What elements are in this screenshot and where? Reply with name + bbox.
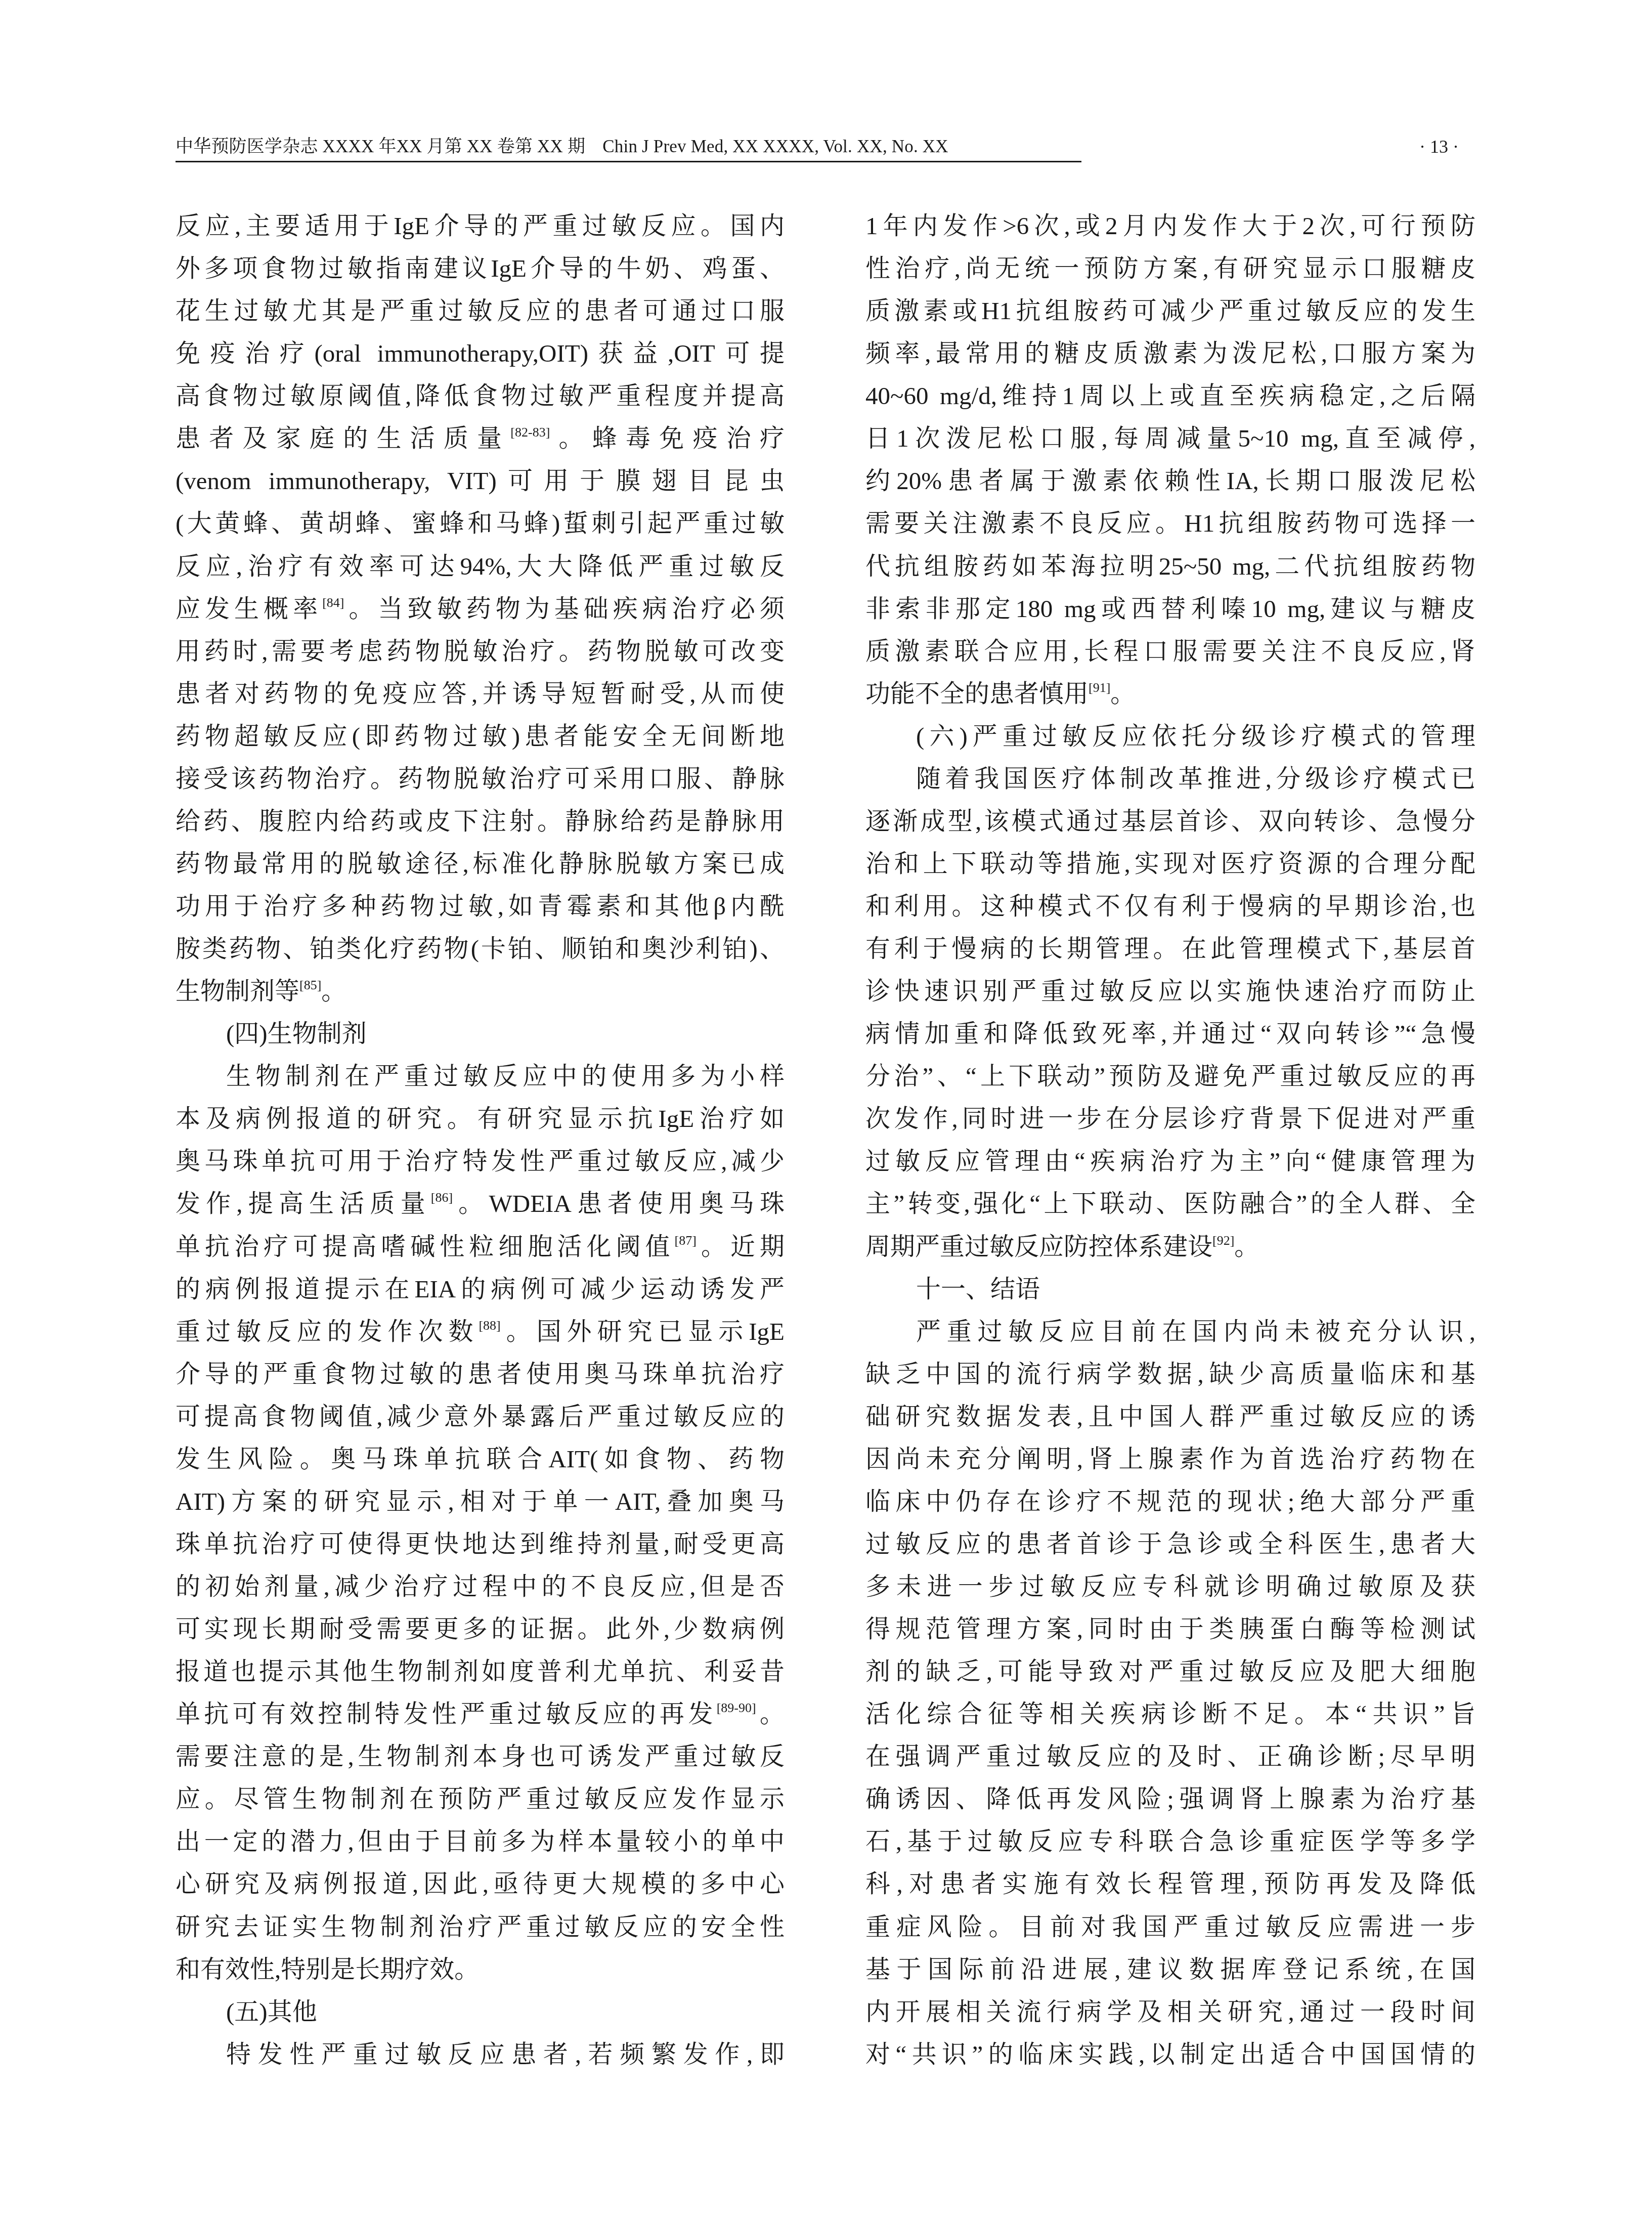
body-text-line: 功用于治疗多种药物过敏,如青霉素和其他β内酰 <box>176 885 785 928</box>
section-heading: (四)生物制剂 <box>176 1013 785 1055</box>
line-text: 代抗组胺药如苯海拉明25~50 mg,二代抗组胺药物 <box>865 552 1475 580</box>
body-text-line: 非索非那定180 mg或西替利嗪10 mg,建议与糖皮 <box>865 588 1475 630</box>
body-text-line: 珠单抗治疗可使得更快地达到维持剂量,耐受更高 <box>176 1523 785 1565</box>
body-text-line: 在强调严重过敏反应的及时、正确诊断;尽早明 <box>865 1735 1475 1778</box>
right-column: 1年内发作>6次,或2月内发作大于2次,可行预防性治疗,尚无统一预防方案,有研究… <box>865 205 1475 2076</box>
body-text-line: 基于国际前沿进展,建议数据库登记系统,在国 <box>865 1948 1475 1991</box>
body-text-line: 药物最常用的脱敏途径,标准化静脉脱敏方案已成 <box>176 843 785 885</box>
line-text: 奥马珠单抗可用于治疗特发性严重过敏反应,减少 <box>176 1147 785 1175</box>
body-text-line: 确诱因、降低再发风险;强调肾上腺素为治疗基 <box>865 1778 1475 1820</box>
body-text-line: 功能不全的患者慎用[91]。 <box>865 673 1475 715</box>
body-text-line: 应。尽管生物制剂在预防严重过敏反应发作显示 <box>176 1778 785 1820</box>
line-text: 反应,主要适用于IgE介导的严重过敏反应。国内 <box>176 212 785 240</box>
line-text: 质激素或H1抗组胺药可减少严重过敏反应的发生 <box>865 297 1475 325</box>
body-text-line: 介导的严重食物过敏的患者使用奥马珠单抗治疗 <box>176 1353 785 1395</box>
line-text: 可提高食物阈值,减少意外暴露后严重过敏反应的 <box>176 1403 785 1430</box>
line-text: 石,基于过敏反应专科联合急诊重症医学等多学 <box>865 1827 1475 1855</box>
citation-ref: [86] <box>431 1190 453 1205</box>
body-text-line: 病情加重和降低致死率,并通过“双向转诊”“急慢 <box>865 1013 1475 1055</box>
line-text: 病情加重和降低致死率,并通过“双向转诊”“急慢 <box>865 1020 1475 1048</box>
body-text-line: 免疫治疗(oral immunotherapy,OIT)获益,OIT可提 <box>176 332 785 375</box>
line-text: 次发作,同时进一步在分层诊疗背景下促进对严重 <box>865 1105 1475 1132</box>
body-text-line: 逐渐成型,该模式通过基层首诊、双向转诊、急慢分 <box>865 800 1475 843</box>
body-text-line: (venom immunotherapy, VIT)可用于膜翅目昆虫 <box>176 460 785 502</box>
line-text: 分治”、“上下联动”预防及避免严重过敏反应的再 <box>865 1062 1475 1090</box>
line-text: 用药时,需要考虑药物脱敏治疗。药物脱敏可改变 <box>176 637 785 665</box>
body-text-line: 研究去证实生物制剂治疗严重过敏反应的安全性 <box>176 1906 785 1948</box>
body-text-line: 活化综合征等相关疾病诊断不足。本“共识”旨 <box>865 1693 1475 1735</box>
line-text: 逐渐成型,该模式通过基层首诊、双向转诊、急慢分 <box>865 807 1475 835</box>
body-text-line: 高食物过敏原阈值,降低食物过敏严重程度并提高 <box>176 375 785 417</box>
line-text: (六)严重过敏反应依托分级诊疗模式的管理 <box>916 722 1475 750</box>
citation-ref: [89-90] <box>717 1700 756 1715</box>
body-text-line: 反应,治疗有效率可达94%,大大降低严重过敏反 <box>176 545 785 588</box>
line-text: (大黄蜂、黄胡蜂、蜜蜂和马蜂)蜇刺引起严重过敏 <box>176 509 785 537</box>
line-text: 药物超敏反应(即药物过敏)患者能安全无间断地 <box>176 722 785 750</box>
line-text: 1年内发作>6次,或2月内发作大于2次,可行预防 <box>865 212 1475 240</box>
body-text-line: 随着我国医疗体制改革推进,分级诊疗模式已 <box>865 758 1475 800</box>
body-text-line: (六)严重过敏反应依托分级诊疗模式的管理 <box>865 715 1475 758</box>
line-text: 础研究数据发表,且中国人群严重过敏反应的诱 <box>865 1403 1475 1430</box>
line-text: 功用于治疗多种药物过敏,如青霉素和其他β内酰 <box>176 892 785 920</box>
line-text: 生物制剂在严重过敏反应中的使用多为小样 <box>226 1062 785 1090</box>
citation-ref: [87] <box>675 1233 697 1248</box>
line-text: 生物制剂等 <box>176 977 299 1005</box>
line-text: 需要关注激素不良反应。H1抗组胺药物可选择一 <box>865 509 1475 537</box>
citation-ref: [88] <box>479 1318 500 1333</box>
body-text-line: 有利于慢病的长期管理。在此管理模式下,基层首 <box>865 928 1475 970</box>
line-text: 珠单抗治疗可使得更快地达到维持剂量,耐受更高 <box>176 1530 785 1558</box>
body-text-line: 本及病例报道的研究。有研究显示抗IgE治疗如 <box>176 1098 785 1140</box>
line-text: 缺乏中国的流行病学数据,缺少高质量临床和基 <box>865 1360 1475 1388</box>
line-text: 免疫治疗(oral immunotherapy,OIT)获益,OIT可提 <box>176 339 785 367</box>
running-header: 中华预防医学杂志 XXXX 年XX 月第 XX 卷第 XX 期Chin J Pr… <box>176 136 1081 162</box>
body-text-line: 反应,主要适用于IgE介导的严重过敏反应。国内 <box>176 205 785 247</box>
body-text-line: 和有效性,特别是长期疗效。 <box>176 1948 785 1991</box>
line-text: AIT)方案的研究显示,相对于单一AIT,叠加奥马 <box>176 1488 785 1515</box>
body-text-line: 发作,提高生活质量[86]。WDEIA患者使用奥马珠 <box>176 1183 785 1225</box>
line-text: 基于国际前沿进展,建议数据库登记系统,在国 <box>865 1955 1475 1983</box>
body-text-line: 接受该药物治疗。药物脱敏治疗可采用口服、静脉 <box>176 758 785 800</box>
body-text-line: 40~60 mg/d,维持1周以上或直至疾病稳定,之后隔 <box>865 375 1475 417</box>
line-text-after-ref: 。近期 <box>697 1233 785 1260</box>
line-text: 研究去证实生物制剂治疗严重过敏反应的安全性 <box>176 1913 785 1941</box>
line-text: 胺类药物、铂类化疗药物(卡铂、顺铂和奥沙利铂)、 <box>176 935 785 963</box>
line-text: 多未进一步过敏反应专科就诊明确过敏原及获 <box>865 1573 1475 1600</box>
body-text-line: 代抗组胺药如苯海拉明25~50 mg,二代抗组胺药物 <box>865 545 1475 588</box>
line-text: 诊快速识别严重过敏反应以实施快速治疗而防止 <box>865 977 1475 1005</box>
line-text: 严重过敏反应目前在国内尚未被充分认识, <box>916 1318 1475 1345</box>
line-text: 重症风险。目前对我国严重过敏反应需进一步 <box>865 1913 1475 1941</box>
line-text: 随着我国医疗体制改革推进,分级诊疗模式已 <box>916 765 1475 793</box>
line-text: 内开展相关流行病学及相关研究,通过一段时间 <box>865 1998 1475 2026</box>
line-text: 十一、结语 <box>916 1275 1040 1303</box>
line-text: (四)生物制剂 <box>226 1020 367 1048</box>
citation-ref: [84] <box>322 595 344 610</box>
line-text-after-ref: 。 <box>321 977 346 1005</box>
body-text-line: 分治”、“上下联动”预防及避免严重过敏反应的再 <box>865 1055 1475 1098</box>
line-text: 和有效性,特别是长期疗效。 <box>176 1955 479 1983</box>
body-text-line: 剂的缺乏,可能导致对严重过敏反应及肥大细胞 <box>865 1650 1475 1693</box>
body-text-line: 发生风险。奥马珠单抗联合AIT(如食物、药物 <box>176 1438 785 1480</box>
line-text: 非索非那定180 mg或西替利嗪10 mg,建议与糖皮 <box>865 595 1475 623</box>
line-text: 单抗治疗可提高嗜碱性粒细胞活化阈值 <box>176 1233 675 1260</box>
page-number: · 13 · <box>1401 136 1477 158</box>
line-text: 可实现长期耐受需要更多的证据。此外,少数病例 <box>176 1615 785 1643</box>
line-text-after-ref: 。国外研究已显示IgE <box>501 1318 785 1345</box>
body-text-line: 的初始剂量,减少治疗过程中的不良反应,但是否 <box>176 1565 785 1608</box>
body-text-line: 给药、腹腔内给药或皮下注射。静脉给药是静脉用 <box>176 800 785 843</box>
body-text-line: 诊快速识别严重过敏反应以实施快速治疗而防止 <box>865 970 1475 1013</box>
line-text: 和利用。这种模式不仅有利于慢病的早期诊治,也 <box>865 892 1475 920</box>
body-text-line: 石,基于过敏反应专科联合急诊重症医学等多学 <box>865 1820 1475 1863</box>
line-text: 功能不全的患者慎用 <box>865 680 1089 708</box>
line-text: 临床中仍存在诊疗不规范的现状;绝大部分严重 <box>865 1488 1475 1515</box>
body-text-line: 严重过敏反应目前在国内尚未被充分认识, <box>865 1311 1475 1353</box>
body-text-line: 础研究数据发表,且中国人群严重过敏反应的诱 <box>865 1395 1475 1438</box>
body-text-line: 对“共识”的临床实践,以制定出适合中国国情的 <box>865 2033 1475 2076</box>
body-text-line: 周期严重过敏反应防控体系建设[92]。 <box>865 1226 1475 1268</box>
body-text-line: 日1次泼尼松口服,每周减量5~10 mg,直至减停, <box>865 417 1475 460</box>
body-text-line: 单抗可有效控制特发性严重过敏反应的再发[89-90]。 <box>176 1693 785 1735</box>
citation-ref: [91] <box>1089 680 1110 695</box>
body-text-line: 可实现长期耐受需要更多的证据。此外,少数病例 <box>176 1608 785 1650</box>
body-text-line: 单抗治疗可提高嗜碱性粒细胞活化阈值[87]。近期 <box>176 1226 785 1268</box>
line-text: 需要注意的是,生物制剂本身也可诱发严重过敏反 <box>176 1742 785 1770</box>
line-text: 报道也提示其他生物制剂如度普利尤单抗、利妥昔 <box>176 1657 785 1685</box>
body-text-line: 过敏反应的患者首诊于急诊或全科医生,患者大 <box>865 1523 1475 1565</box>
body-text-line: 得规范管理方案,同时由于类胰蛋白酶等检测试 <box>865 1608 1475 1650</box>
line-text: 给药、腹腔内给药或皮下注射。静脉给药是静脉用 <box>176 807 785 835</box>
citation-ref: [92] <box>1212 1233 1234 1248</box>
line-text: 高食物过敏原阈值,降低食物过敏严重程度并提高 <box>176 382 785 410</box>
body-text-line: 生物制剂等[85]。 <box>176 970 785 1013</box>
line-text: 因尚未充分阐明,肾上腺素作为首选治疗药物在 <box>865 1445 1475 1473</box>
body-text-line: 治和上下联动等措施,实现对医疗资源的合理分配 <box>865 843 1475 885</box>
citation-ref: [82-83] <box>510 425 550 440</box>
body-text-line: 出一定的潜力,但由于目前多为样本量较小的单中 <box>176 1820 785 1863</box>
line-text-after-ref: 。当致敏药物为基础疾病治疗必须 <box>344 595 785 623</box>
body-text-line: 缺乏中国的流行病学数据,缺少高质量临床和基 <box>865 1353 1475 1395</box>
line-text: 本及病例报道的研究。有研究显示抗IgE治疗如 <box>176 1105 785 1132</box>
line-text: 约20%患者属于激素依赖性IA,长期口服泼尼松 <box>865 467 1475 495</box>
line-text-after-ref: 。 <box>1234 1233 1259 1260</box>
body-text-line: 花生过敏尤其是严重过敏反应的患者可通过口服 <box>176 290 785 332</box>
line-text: 过敏反应的患者首诊于急诊或全科医生,患者大 <box>865 1530 1475 1558</box>
line-text: 应。尽管生物制剂在预防严重过敏反应发作显示 <box>176 1785 785 1813</box>
body-text-line: 内开展相关流行病学及相关研究,通过一段时间 <box>865 1991 1475 2033</box>
line-text: 周期严重过敏反应防控体系建设 <box>865 1233 1212 1260</box>
body-text-line: 临床中仍存在诊疗不规范的现状;绝大部分严重 <box>865 1480 1475 1523</box>
left-column: 反应,主要适用于IgE介导的严重过敏反应。国内外多项食物过敏指南建议IgE介导的… <box>176 205 785 2076</box>
line-text-after-ref: 。蜂毒免疫治疗 <box>550 424 785 452</box>
body-text-line: 生物制剂在严重过敏反应中的使用多为小样 <box>176 1055 785 1098</box>
line-text: 特发性严重过敏反应患者,若频繁发作,即 <box>226 2040 785 2068</box>
line-text: 日1次泼尼松口服,每周减量5~10 mg,直至减停, <box>865 424 1475 452</box>
body-text-line: 的病例报道提示在EIA的病例可减少运动诱发严 <box>176 1268 785 1311</box>
line-text: (五)其他 <box>226 1998 317 2026</box>
line-text: 出一定的潜力,但由于目前多为样本量较小的单中 <box>176 1827 785 1855</box>
line-text: 性治疗,尚无统一预防方案,有研究显示口服糖皮 <box>865 254 1475 282</box>
line-text: 重过敏反应的发作次数 <box>176 1318 479 1345</box>
line-text: 40~60 mg/d,维持1周以上或直至疾病稳定,之后隔 <box>865 382 1475 410</box>
body-text-line: 患者及家庭的生活质量[82-83]。蜂毒免疫治疗 <box>176 417 785 460</box>
line-text: 活化综合征等相关疾病诊断不足。本“共识”旨 <box>865 1700 1475 1728</box>
body-text-line: 性治疗,尚无统一预防方案,有研究显示口服糖皮 <box>865 247 1475 290</box>
journal-title-en: Chin J Prev Med, XX XXXX, Vol. XX, No. X… <box>602 137 948 156</box>
body-text-line: 需要关注激素不良反应。H1抗组胺药物可选择一 <box>865 502 1475 545</box>
body-text-line: 频率,最常用的糖皮质激素为泼尼松,口服方案为 <box>865 332 1475 375</box>
line-text: 发作,提高生活质量 <box>176 1190 431 1217</box>
line-text: 应发生概率 <box>176 595 322 623</box>
body-text-line: 约20%患者属于激素依赖性IA,长期口服泼尼松 <box>865 460 1475 502</box>
section-heading: (五)其他 <box>176 1991 785 2033</box>
section-heading: 十一、结语 <box>865 1268 1475 1311</box>
line-text: 药物最常用的脱敏途径,标准化静脉脱敏方案已成 <box>176 850 785 878</box>
body-text-line: 可提高食物阈值,减少意外暴露后严重过敏反应的 <box>176 1395 785 1438</box>
body-text-line: 需要注意的是,生物制剂本身也可诱发严重过敏反 <box>176 1735 785 1778</box>
line-text: 质激素联合应用,长程口服需要关注不良反应,肾 <box>865 637 1475 665</box>
body-text-line: AIT)方案的研究显示,相对于单一AIT,叠加奥马 <box>176 1480 785 1523</box>
line-text: 患者对药物的免疫应答,并诱导短暂耐受,从而使 <box>176 680 785 708</box>
line-text: 接受该药物治疗。药物脱敏治疗可采用口服、静脉 <box>176 765 785 793</box>
line-text: 花生过敏尤其是严重过敏反应的患者可通过口服 <box>176 297 785 325</box>
body-text-line: 报道也提示其他生物制剂如度普利尤单抗、利妥昔 <box>176 1650 785 1693</box>
line-text: 剂的缺乏,可能导致对严重过敏反应及肥大细胞 <box>865 1657 1475 1685</box>
line-text: 得规范管理方案,同时由于类胰蛋白酶等检测试 <box>865 1615 1475 1643</box>
line-text: 患者及家庭的生活质量 <box>176 424 510 452</box>
body-text-line: 次发作,同时进一步在分层诊疗背景下促进对严重 <box>865 1098 1475 1140</box>
line-text: 心研究及病例报道,因此,亟待更大规模的多中心 <box>176 1870 785 1898</box>
line-text: 频率,最常用的糖皮质激素为泼尼松,口服方案为 <box>865 339 1475 367</box>
body-text-line: 重过敏反应的发作次数[88]。国外研究已显示IgE <box>176 1311 785 1353</box>
line-text-after-ref: 。 <box>756 1700 785 1728</box>
body-text-line: 应发生概率[84]。当致敏药物为基础疾病治疗必须 <box>176 588 785 630</box>
line-text: 发生风险。奥马珠单抗联合AIT(如食物、药物 <box>176 1445 785 1473</box>
line-text: (venom immunotherapy, VIT)可用于膜翅目昆虫 <box>176 467 785 495</box>
line-text: 的初始剂量,减少治疗过程中的不良反应,但是否 <box>176 1573 785 1600</box>
body-text-line: 1年内发作>6次,或2月内发作大于2次,可行预防 <box>865 205 1475 247</box>
line-text: 主”转变,强化“上下联动、医防融合”的全人群、全 <box>865 1190 1475 1217</box>
body-text-line: 和利用。这种模式不仅有利于慢病的早期诊治,也 <box>865 885 1475 928</box>
line-text: 的病例报道提示在EIA的病例可减少运动诱发严 <box>176 1275 785 1303</box>
body-text-line: 外多项食物过敏指南建议IgE介导的牛奶、鸡蛋、 <box>176 247 785 290</box>
body-text-line: 因尚未充分阐明,肾上腺素作为首选治疗药物在 <box>865 1438 1475 1480</box>
line-text: 对“共识”的临床实践,以制定出适合中国国情的 <box>865 2040 1475 2068</box>
body-text-line: 重症风险。目前对我国严重过敏反应需进一步 <box>865 1906 1475 1948</box>
body-text-line: 患者对药物的免疫应答,并诱导短暂耐受,从而使 <box>176 673 785 715</box>
line-text-after-ref: 。 <box>1110 680 1135 708</box>
line-text: 外多项食物过敏指南建议IgE介导的牛奶、鸡蛋、 <box>176 254 785 282</box>
body-text-line: 胺类药物、铂类化疗药物(卡铂、顺铂和奥沙利铂)、 <box>176 928 785 970</box>
line-text: 有利于慢病的长期管理。在此管理模式下,基层首 <box>865 935 1475 963</box>
line-text: 过敏反应管理由“疾病治疗为主”向“健康管理为 <box>865 1147 1475 1175</box>
body-text-line: 特发性严重过敏反应患者,若频繁发作,即 <box>176 2033 785 2076</box>
line-text: 反应,治疗有效率可达94%,大大降低严重过敏反 <box>176 552 785 580</box>
body-text-line: (大黄蜂、黄胡蜂、蜜蜂和马蜂)蜇刺引起严重过敏 <box>176 502 785 545</box>
body-text-line: 用药时,需要考虑药物脱敏治疗。药物脱敏可改变 <box>176 630 785 673</box>
line-text-after-ref: 。WDEIA患者使用奥马珠 <box>453 1190 785 1217</box>
citation-ref: [85] <box>299 978 321 992</box>
body-text-line: 质激素联合应用,长程口服需要关注不良反应,肾 <box>865 630 1475 673</box>
body-text-line: 药物超敏反应(即药物过敏)患者能安全无间断地 <box>176 715 785 758</box>
body-text-line: 奥马珠单抗可用于治疗特发性严重过敏反应,减少 <box>176 1140 785 1183</box>
journal-title-cn: 中华预防医学杂志 XXXX 年XX 月第 XX 卷第 XX 期 <box>176 137 585 156</box>
body-text-line: 科,对患者实施有效长程管理,预防再发及降低 <box>865 1863 1475 1905</box>
body-text-line: 质激素或H1抗组胺药可减少严重过敏反应的发生 <box>865 290 1475 332</box>
line-text: 在强调严重过敏反应的及时、正确诊断;尽早明 <box>865 1742 1475 1770</box>
body-text-line: 主”转变,强化“上下联动、医防融合”的全人群、全 <box>865 1183 1475 1225</box>
line-text: 确诱因、降低再发风险;强调肾上腺素为治疗基 <box>865 1785 1475 1813</box>
line-text: 介导的严重食物过敏的患者使用奥马珠单抗治疗 <box>176 1360 785 1388</box>
line-text: 治和上下联动等措施,实现对医疗资源的合理分配 <box>865 850 1475 878</box>
body-text-line: 心研究及病例报道,因此,亟待更大规模的多中心 <box>176 1863 785 1905</box>
body-text-line: 多未进一步过敏反应专科就诊明确过敏原及获 <box>865 1565 1475 1608</box>
line-text: 单抗可有效控制特发性严重过敏反应的再发 <box>176 1700 717 1728</box>
body-text-line: 过敏反应管理由“疾病治疗为主”向“健康管理为 <box>865 1140 1475 1183</box>
line-text: 科,对患者实施有效长程管理,预防再发及降低 <box>865 1870 1475 1898</box>
